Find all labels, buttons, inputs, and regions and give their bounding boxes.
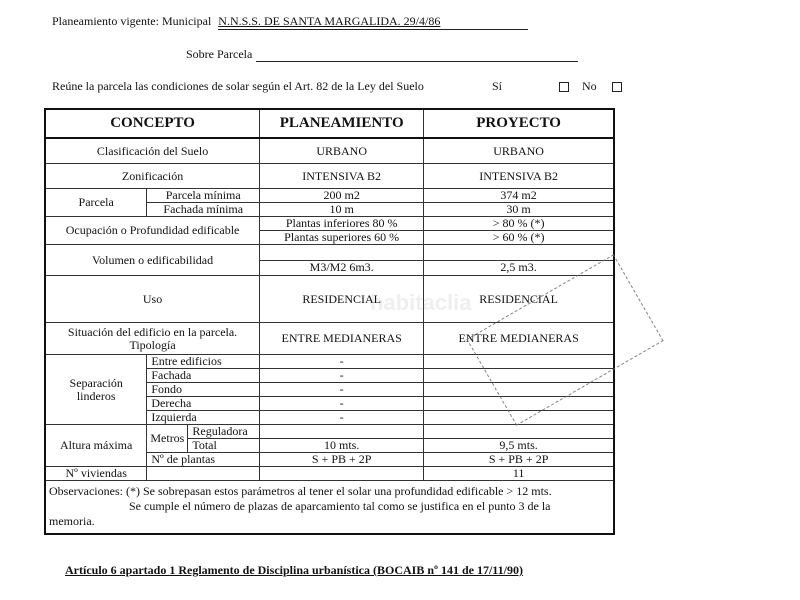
- ocupacion-inf-proy: > 80 % (*): [424, 217, 614, 231]
- observaciones-line2: Se cumple el número de plazas de aparcam…: [49, 499, 610, 514]
- total-label: Total: [188, 439, 260, 453]
- footer-reference: Artículo 6 apartado 1 Reglamento de Disc…: [65, 563, 523, 578]
- sep-fachada-label: Fachada: [147, 369, 260, 383]
- parcela-minima-proy: 374 m2: [424, 189, 614, 203]
- table-row: Zonificación INTENSIVA B2 INTENSIVA B2: [45, 164, 614, 189]
- volumen-label: Volumen o edificabilidad: [45, 245, 260, 276]
- situacion-label: Situación del edificio en la parcela.Tip…: [45, 323, 260, 355]
- plantas-plan: S + PB + 2P: [260, 453, 424, 467]
- ocupacion-inf-plan: Plantas inferiores 80 %: [260, 217, 424, 231]
- zonificacion-label: Zonificación: [45, 164, 260, 189]
- parcela-minima-label: Parcela mínima: [147, 189, 260, 203]
- total-plan: 10 mts.: [260, 439, 424, 453]
- table-row: Nº viviendas 11: [45, 467, 614, 481]
- reune-line: Reúne la parcela las condiciones de sola…: [52, 79, 627, 94]
- reguladora-plan: [260, 425, 424, 439]
- sep-entre-plan: -: [260, 355, 424, 369]
- table-header-row: CONCEPTO PLANEAMIENTO PROYECTO: [45, 109, 614, 138]
- observaciones-row: Observaciones: (*) Se sobrepasan estos p…: [45, 481, 614, 535]
- si-label: Sí: [492, 79, 502, 94]
- header-proyecto: PROYECTO: [424, 109, 614, 138]
- uso-label: Uso: [45, 276, 260, 323]
- sep-derecha-label: Derecha: [147, 397, 260, 411]
- viviendas-label: Nº viviendas: [45, 467, 147, 481]
- viviendas-sub: [147, 467, 260, 481]
- zonificacion-proy: INTENSIVA B2: [424, 164, 614, 189]
- metros-label: Metros: [147, 425, 188, 453]
- ocupacion-sup-proy: > 60 % (*): [424, 231, 614, 245]
- sep-izquierda-label: Izquierda: [147, 411, 260, 425]
- si-checkbox[interactable]: [559, 82, 569, 92]
- sep-entre-label: Entre edificios: [147, 355, 260, 369]
- observaciones-line3: memoria.: [49, 514, 95, 528]
- table-row: Parcela Parcela mínima 200 m2 374 m2: [45, 189, 614, 203]
- planeamiento-field: N.N.S.S. DE SANTA MARGALIDA. 29/4/86: [218, 14, 528, 30]
- clasificacion-plan: URBANO: [260, 138, 424, 164]
- volumen-plan: M3/M2 6m3.: [260, 260, 424, 276]
- planeamiento-label: Planeamiento vigente: Municipal: [52, 14, 211, 28]
- ocupacion-sup-plan: Plantas superiores 60 %: [260, 231, 424, 245]
- sep-fachada-plan: -: [260, 369, 424, 383]
- situacion-plan: ENTRE MEDIANERAS: [260, 323, 424, 355]
- reguladora-proy: [424, 425, 614, 439]
- volumen-proy-top: [424, 245, 614, 261]
- header-planeamiento: PLANEAMIENTO: [260, 109, 424, 138]
- planeamiento-value: N.N.S.S. DE SANTA MARGALIDA. 29/4/86: [218, 14, 440, 28]
- fachada-minima-plan: 10 m: [260, 203, 424, 217]
- sobre-parcela-field: [256, 49, 578, 62]
- reune-label: Reúne la parcela las condiciones de sola…: [52, 79, 424, 93]
- sep-fondo-plan: -: [260, 383, 424, 397]
- viviendas-plan: [260, 467, 424, 481]
- zonificacion-plan: INTENSIVA B2: [260, 164, 424, 189]
- sep-derecha-plan: -: [260, 397, 424, 411]
- watermark: habitaclia: [370, 290, 471, 316]
- fachada-minima-label: Fachada mínima: [147, 203, 260, 217]
- header-concepto: CONCEPTO: [45, 109, 260, 138]
- parcela-label: Parcela: [45, 189, 147, 217]
- sobre-parcela-line: Sobre Parcela: [186, 47, 578, 62]
- no-label: No: [582, 79, 597, 94]
- fachada-minima-proy: 30 m: [424, 203, 614, 217]
- clasificacion-proy: URBANO: [424, 138, 614, 164]
- no-checkbox[interactable]: [612, 82, 622, 92]
- altura-label: Altura máxima: [45, 425, 147, 467]
- table-row: Ocupación o Profundidad edificable Plant…: [45, 217, 614, 231]
- table-row: Clasificación del Suelo URBANO URBANO: [45, 138, 614, 164]
- situacion-label-line2: Tipología: [129, 338, 175, 352]
- observaciones-line1: Observaciones: (*) Se sobrepasan estos p…: [49, 484, 552, 498]
- separacion-label: Separaciónlinderos: [45, 355, 147, 425]
- table-row: Altura máxima Metros Reguladora: [45, 425, 614, 439]
- planeamiento-line: Planeamiento vigente: Municipal N.N.S.S.…: [52, 14, 528, 30]
- viviendas-proy: 11: [424, 467, 614, 481]
- plantas-proy: S + PB + 2P: [424, 453, 614, 467]
- plantas-label: Nº de plantas: [147, 453, 260, 467]
- volumen-plan-top: [260, 245, 424, 261]
- total-proy: 9,5 mts.: [424, 439, 614, 453]
- clasificacion-label: Clasificación del Suelo: [45, 138, 260, 164]
- situacion-label-line1: Situación del edificio en la parcela.: [68, 325, 237, 339]
- sep-izquierda-plan: -: [260, 411, 424, 425]
- reguladora-label: Reguladora: [188, 425, 260, 439]
- table-row: Volumen o edificabilidad: [45, 245, 614, 261]
- sobre-parcela-label: Sobre Parcela: [186, 47, 252, 61]
- ocupacion-label: Ocupación o Profundidad edificable: [45, 217, 260, 245]
- observaciones: Observaciones: (*) Se sobrepasan estos p…: [45, 481, 614, 535]
- parcela-minima-plan: 200 m2: [260, 189, 424, 203]
- sep-fondo-label: Fondo: [147, 383, 260, 397]
